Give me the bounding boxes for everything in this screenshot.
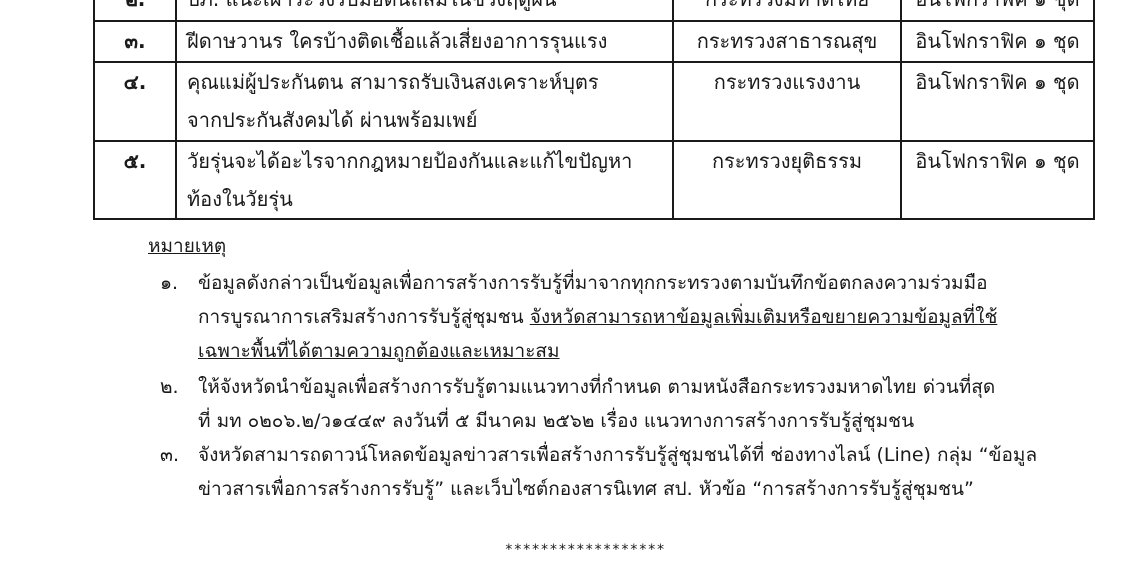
topic-line: วัยรุ่นจะได้อะไรจากกฎหมายป้องกันและแก้ไข…: [187, 142, 668, 180]
topic-line: ฝีดาษวานร ใครบ้างติดเชื้อแล้วเสี่ยงอาการ…: [187, 22, 668, 60]
row-format: อินโฟกราฟิค ๑ ชุด: [901, 141, 1094, 219]
row-format: อินโฟกราฟิค ๑ ชุด: [901, 62, 1094, 141]
table-row: ๒. ปภ. แนะเฝ้าระวังรับมือดินถล่มในช่วงฤด…: [94, 0, 1094, 21]
note-line: การบูรณาการเสริมสร้างการรับรู้สู่ชุมชน จ…: [198, 300, 1060, 334]
row-number: ๕.: [94, 141, 176, 219]
infographic-table: ๒. ปภ. แนะเฝ้าระวังรับมือดินถล่มในช่วงฤด…: [93, 0, 1095, 220]
row-topic: ฝีดาษวานร ใครบ้างติดเชื้อแล้วเสี่ยงอาการ…: [176, 21, 673, 62]
row-topic: วัยรุ่นจะได้อะไรจากกฎหมายป้องกันและแก้ไข…: [176, 141, 673, 219]
row-topic: ปภ. แนะเฝ้าระวังรับมือดินถล่มในช่วงฤดูฝน: [176, 0, 673, 21]
note-item: ๑. ข้อมูลดังกล่าวเป็นข้อมูลเพื่อการสร้าง…: [160, 266, 1060, 368]
row-format: อินโฟกราฟิค ๑ ชุด: [901, 21, 1094, 62]
note-line: จังหวัดสามารถดาวน์โหลดข้อมูลข่าวสารเพื่อ…: [198, 438, 1060, 472]
row-number: ๓.: [94, 21, 176, 62]
row-ministry: กระทรวงแรงงาน: [673, 62, 901, 141]
note-number: ๑.: [160, 266, 196, 300]
row-topic: คุณแม่ผู้ประกันตน สามารถรับเงินสงเคราะห์…: [176, 62, 673, 141]
note-number: ๒.: [160, 370, 196, 404]
notes-title: หมายเหตุ: [148, 232, 226, 260]
row-number: ๒.: [94, 0, 176, 21]
row-format: อินโฟกราฟิค ๑ ชุด: [901, 0, 1094, 21]
note-item: ๓. จังหวัดสามารถดาวน์โหลดข้อมูลข่าวสารเพ…: [160, 438, 1060, 506]
topic-line: คุณแม่ผู้ประกันตน สามารถรับเงินสงเคราะห์…: [187, 63, 668, 101]
table-row: ๔. คุณแม่ผู้ประกันตน สามารถรับเงินสงเครา…: [94, 62, 1094, 141]
row-ministry: กระทรวงยุติธรรม: [673, 141, 901, 219]
note-number: ๓.: [160, 438, 196, 472]
topic-line: จากประกันสังคมได้ ผ่านพร้อมเพย์: [187, 101, 668, 139]
note-underlined-text: จังหวัดสามารถหาข้อมูลเพิ่มเติมหรือขยายคว…: [530, 306, 998, 328]
table-row: ๕. วัยรุ่นจะได้อะไรจากกฎหมายป้องกันและแก…: [94, 141, 1094, 219]
topic-line: ท้องในวัยรุ่น: [187, 180, 668, 218]
note-item: ๒. ให้จังหวัดนำข้อมูลเพื่อสร้างการรับรู้…: [160, 370, 1060, 438]
topic-line: ปภ. แนะเฝ้าระวังรับมือดินถล่มในช่วงฤดูฝน: [187, 0, 668, 18]
note-text: การบูรณาการเสริมสร้างการรับรู้สู่ชุมชน: [198, 306, 530, 328]
section-divider: ******************: [20, 542, 1130, 558]
row-ministry: กระทรวงมหาดไทย: [673, 0, 901, 21]
note-underlined-text: เฉพาะพื้นที่ได้ตามความถูกต้องและเหมาะสม: [198, 334, 1060, 368]
row-number: ๔.: [94, 62, 176, 141]
note-line: ให้จังหวัดนำข้อมูลเพื่อสร้างการรับรู้ตาม…: [198, 370, 1060, 404]
table-row: ๓. ฝีดาษวานร ใครบ้างติดเชื้อแล้วเสี่ยงอา…: [94, 21, 1094, 62]
note-line: ข่าวสารเพื่อการสร้างการรับรู้” และเว็บไซ…: [198, 472, 1060, 506]
note-line: ข้อมูลดังกล่าวเป็นข้อมูลเพื่อการสร้างการ…: [198, 266, 1060, 300]
note-line: ที่ มท ๐๒๐๖.๒/ว๑๔๔๙ ลงวันที่ ๕ มีนาคม ๒๕…: [198, 404, 1060, 438]
row-ministry: กระทรวงสาธารณสุข: [673, 21, 901, 62]
